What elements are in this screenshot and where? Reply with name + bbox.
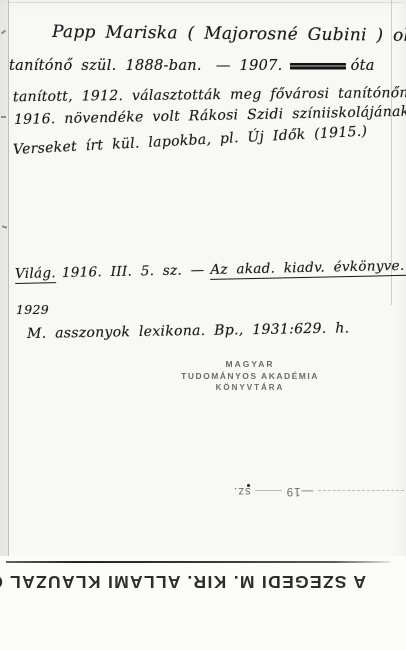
- handwritten-line-year: 1929: [16, 302, 49, 317]
- handwritten-line-poems: Verseket írt kül. lapokba, pl. Új Idők (…: [13, 123, 368, 158]
- source-issue: 1916. III. 5. sz. —: [62, 262, 205, 281]
- handwritten-line-birth: tanítónő szül. 1888-ban.— 1907.óta: [9, 58, 375, 74]
- edge-tick-mark: [1, 116, 6, 118]
- card-left-edge: [0, 0, 9, 650]
- form-rule-short: [255, 491, 282, 492]
- inverted-letterhead-text: A SZEGEDI M. KIR. ALLAMI KLAUZAL GAB: [0, 564, 406, 600]
- crossed-out-word: [290, 62, 346, 71]
- form-number-label: sz.: [233, 485, 251, 497]
- since-word: óta: [351, 58, 375, 74]
- stamp-line-akademia: TUDOMÁNYOS AKADÉMIA: [158, 370, 342, 382]
- handwritten-line-career: tanított, 1912. választották meg főváros…: [13, 85, 406, 105]
- birth-text: tanítónő szül. 1888-ban.: [9, 58, 202, 74]
- source-title-vilag: Világ.: [15, 265, 56, 284]
- form-rule-long: [318, 491, 404, 492]
- stamp-line-konyvtara: KÖNYVTÁRA: [158, 382, 342, 394]
- letterhead-rule: [6, 561, 390, 563]
- card-top-edge: [8, 2, 402, 3]
- library-stamp: MAGYAR TUDOMÁNYOS AKADÉMIA KÖNYVTÁRA: [158, 358, 342, 394]
- handwritten-line-sources: Világ.1916. III. 5. sz. —Az akad. kiadv.…: [15, 257, 406, 282]
- source-title-second: Az akad. kiadv. évkönyve. Bp.,: [210, 257, 406, 280]
- inverted-form-line: —19 sz.: [208, 479, 404, 503]
- form-year-fragment: —19: [286, 485, 313, 497]
- scanned-catalog-card: Papp Mariska ( Majorosné Gubini ) okl. t…: [0, 0, 406, 650]
- handwritten-line-name: Papp Mariska ( Majorosné Gubini ) okl.: [52, 22, 406, 46]
- handwritten-line-lexikon: M. asszonyok lexikona. Bp., 1931:629. h.: [27, 320, 350, 342]
- stamp-line-magyar: MAGYAR: [158, 358, 342, 370]
- since-year: — 1907.: [216, 58, 283, 74]
